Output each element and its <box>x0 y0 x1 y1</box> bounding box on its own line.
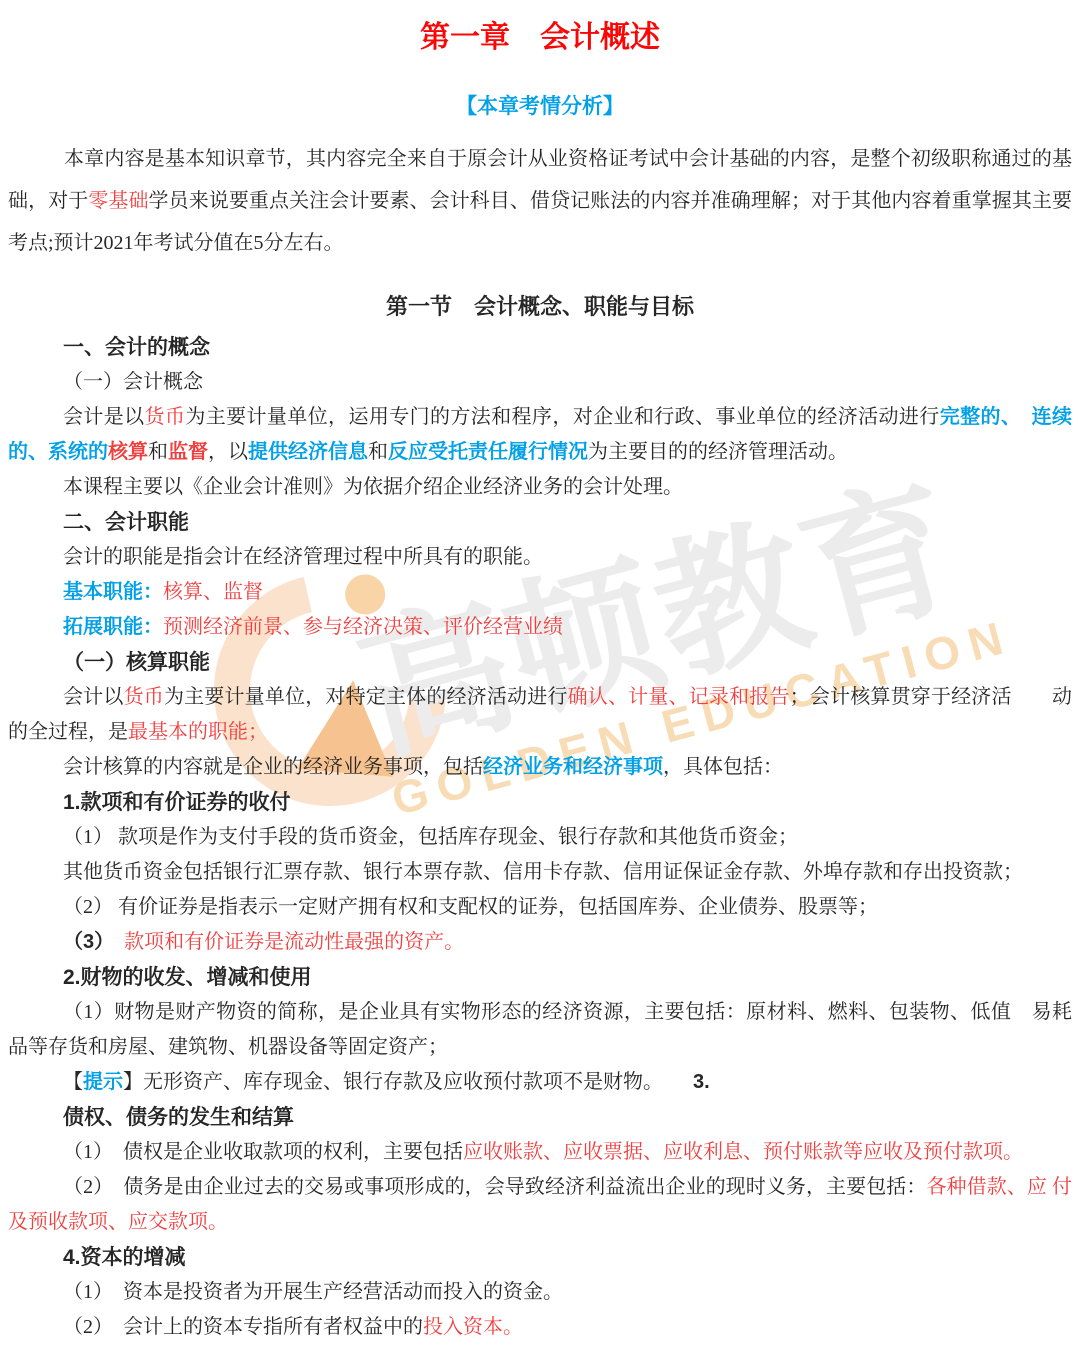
text-run: 二、会计职能 <box>63 511 189 534</box>
text-run: 投入资本。 <box>423 1316 523 1338</box>
text-run: 核算 <box>108 441 148 463</box>
text-run: 4.资本的增减 <box>63 1246 186 1269</box>
heading: 2.财物的收发、增减和使用 <box>8 960 1072 995</box>
text-run: ，具体包括： <box>663 756 783 778</box>
document-body: 第一章 会计概述【本章考情分析】本章内容是基本知识章节，其内容完全来自于原会计从… <box>0 0 1080 1345</box>
text-run: 零基础 <box>88 190 148 212</box>
paragraph: 其他货币资金包括银行汇票存款、银行本票存款、信用卡存款、信用证保证金存款、外埠存… <box>8 855 1072 890</box>
intro-paragraph: 本章内容是基本知识章节，其内容完全来自于原会计从业资格证考试中会计基础的内容，是… <box>8 138 1072 264</box>
text-run: 和 <box>148 441 168 463</box>
heading: 4.资本的增减 <box>8 1240 1072 1275</box>
text-run: 货币 <box>145 406 186 428</box>
text-run: （2） 债务是由企业过去的交易或事项形成的，会导致经济利益流出企业的现时义务，主… <box>63 1176 926 1198</box>
text-run: 第一章 会计概述 <box>420 21 660 54</box>
text-run: 确认、计量、记录和报告 <box>568 686 790 708</box>
text-run: （1）财物是财产物资的简称，是企业具有实物形态的经济资源，主要包括：原材料、燃料… <box>8 1001 1072 1058</box>
text-run: （一）会计概念 <box>63 371 203 393</box>
text-run: 1.款项和有价证券的收付 <box>63 791 291 814</box>
subheading: （一）会计概念 <box>8 365 1072 400</box>
text-run: 本课程主要以《企业会计准则》为依据介绍企业经济业务的会计处理。 <box>63 476 683 498</box>
text-run: 一、会计的概念 <box>63 336 210 359</box>
text-run: 为主要计量单位，对特定主体的经济活动进行 <box>164 686 568 708</box>
heading: 1.款项和有价证券的收付 <box>8 785 1072 820</box>
paragraph: 会计的职能是指会计在经济管理过程中所具有的职能。 <box>8 540 1072 575</box>
text-run: 款项和有价证券是流动性最强的资产。 <box>124 931 464 953</box>
section-title: 第一节 会计概念、职能与目标 <box>8 294 1072 320</box>
text-run: 【 <box>63 1071 83 1093</box>
text-run: 经济业务和经济事项 <box>483 756 663 778</box>
text-run: 反应受托责任履行情况 <box>388 441 588 463</box>
paragraph: 本课程主要以《企业会计准则》为依据介绍企业经济业务的会计处理。 <box>8 470 1072 505</box>
text-run: 预测经济前景、参与经济决策、评价经营业绩 <box>163 616 563 638</box>
text-run: 【本章考情分析】 <box>456 95 624 118</box>
text-run: （2） 有价证券是指表示一定财产拥有权和支配权的证券，包括国库券、企业债券、股票… <box>63 896 878 918</box>
text-run: （2） 会计上的资本专指所有者权益中的 <box>63 1316 423 1338</box>
text-run: 基本职能： <box>63 581 163 603</box>
paragraph: （1） 款项是作为支付手段的货币资金，包括库存现金、银行存款和其他货币资金； <box>8 820 1072 855</box>
paragraph: （1） 资本是投资者为开展生产经营活动而投入的资金。 <box>8 1275 1072 1310</box>
chapter-title: 第一章 会计概述 <box>8 20 1072 56</box>
analysis-section-label: 【本章考情分析】 <box>8 94 1072 120</box>
text-run: 会计以 <box>63 686 124 708</box>
paragraph: 会计是以货币为主要计量单位，运用专门的方法和程序，对企业和行政、事业单位的经济活… <box>8 400 1072 470</box>
text-run: （1） 资本是投资者为开展生产经营活动而投入的资金。 <box>63 1281 563 1303</box>
text-run: 核算、监督 <box>163 581 263 603</box>
text-run: 会计的职能是指会计在经济管理过程中所具有的职能。 <box>63 546 543 568</box>
text-run: 和 <box>368 441 388 463</box>
paragraph: （1）财物是财产物资的简称，是企业具有实物形态的经济资源，主要包括：原材料、燃料… <box>8 995 1072 1065</box>
text-run: 2.财物的收发、增减和使用 <box>63 966 312 989</box>
function-label-line: 基本职能：核算、监督 <box>8 575 1072 610</box>
text-run: 3. <box>653 1071 710 1093</box>
text-run: （3） <box>63 931 124 953</box>
paragraph: （1） 债权是企业收取款项的权利，主要包括应收账款、应收票据、应收利息、预付账款… <box>8 1135 1072 1170</box>
text-run: 监督 <box>168 441 208 463</box>
text-run: 提供经济信息 <box>248 441 368 463</box>
text-run: （1） 债权是企业收取款项的权利，主要包括 <box>63 1141 463 1163</box>
text-run: 会计核算的内容就是企业的经济业务事项，包括 <box>63 756 483 778</box>
text-run: 学员来说要重点关注会计要素、会计科目、借贷记账法的内容并准确理解；对于其他内容着… <box>8 190 1072 254</box>
text-run: （一）核算职能 <box>63 651 210 674</box>
paragraph: 【提示】无形资产、库存现金、银行存款及应收预付款项不是财物。 3. <box>8 1065 1072 1100</box>
heading: 一、会计的概念 <box>8 330 1072 365</box>
paragraph: 会计核算的内容就是企业的经济业务事项，包括经济业务和经济事项，具体包括： <box>8 750 1072 785</box>
text-run: 提示 <box>83 1071 123 1093</box>
paragraph: （2） 债务是由企业过去的交易或事项形成的，会导致经济利益流出企业的现时义务，主… <box>8 1170 1072 1240</box>
text-run: 拓展职能： <box>63 616 163 638</box>
paragraph: 会计以货币为主要计量单位，对特定主体的经济活动进行确认、计量、记录和报告；会计核… <box>8 680 1072 750</box>
paragraph: （2） 有价证券是指表示一定财产拥有权和支配权的证券，包括国库券、企业债券、股票… <box>8 890 1072 925</box>
function-label-line: 拓展职能：预测经济前景、参与经济决策、评价经营业绩 <box>8 610 1072 645</box>
heading: （一）核算职能 <box>8 645 1072 680</box>
page: { "watermark": { "cn": "高顿教育", "en": "GO… <box>0 0 1080 1362</box>
text-run: 债权、债务的发生和结算 <box>63 1106 294 1129</box>
text-run: 其他货币资金包括银行汇票存款、银行本票存款、信用卡存款、信用证保证金存款、外埠存… <box>63 861 1023 883</box>
heading: 债权、债务的发生和结算 <box>8 1100 1072 1135</box>
text-run: ，以 <box>208 441 248 463</box>
text-run: 最基本的职能； <box>128 721 268 743</box>
text-run: 应收账款、应收票据、应收利息、预付账款等应收及预付款项。 <box>463 1141 1023 1163</box>
paragraph: （3） 款项和有价证券是流动性最强的资产。 <box>8 925 1072 960</box>
text-run: （1） 款项是作为支付手段的货币资金，包括库存现金、银行存款和其他货币资金； <box>63 826 798 848</box>
text-run: 会计是以 <box>63 406 145 428</box>
text-run: 】无形资产、库存现金、银行存款及应收预付款项不是财物。 <box>123 1071 653 1093</box>
text-run: 为主要目的的经济管理活动。 <box>588 441 848 463</box>
heading: 二、会计职能 <box>8 505 1072 540</box>
paragraph: （2） 会计上的资本专指所有者权益中的投入资本。 <box>8 1310 1072 1345</box>
text-run: 为主要计量单位，运用专门的方法和程序，对企业和行政、事业单位的经济活动进行 <box>185 406 939 428</box>
text-run: 货币 <box>124 686 164 708</box>
text-run: 第一节 会计概念、职能与目标 <box>386 294 694 319</box>
